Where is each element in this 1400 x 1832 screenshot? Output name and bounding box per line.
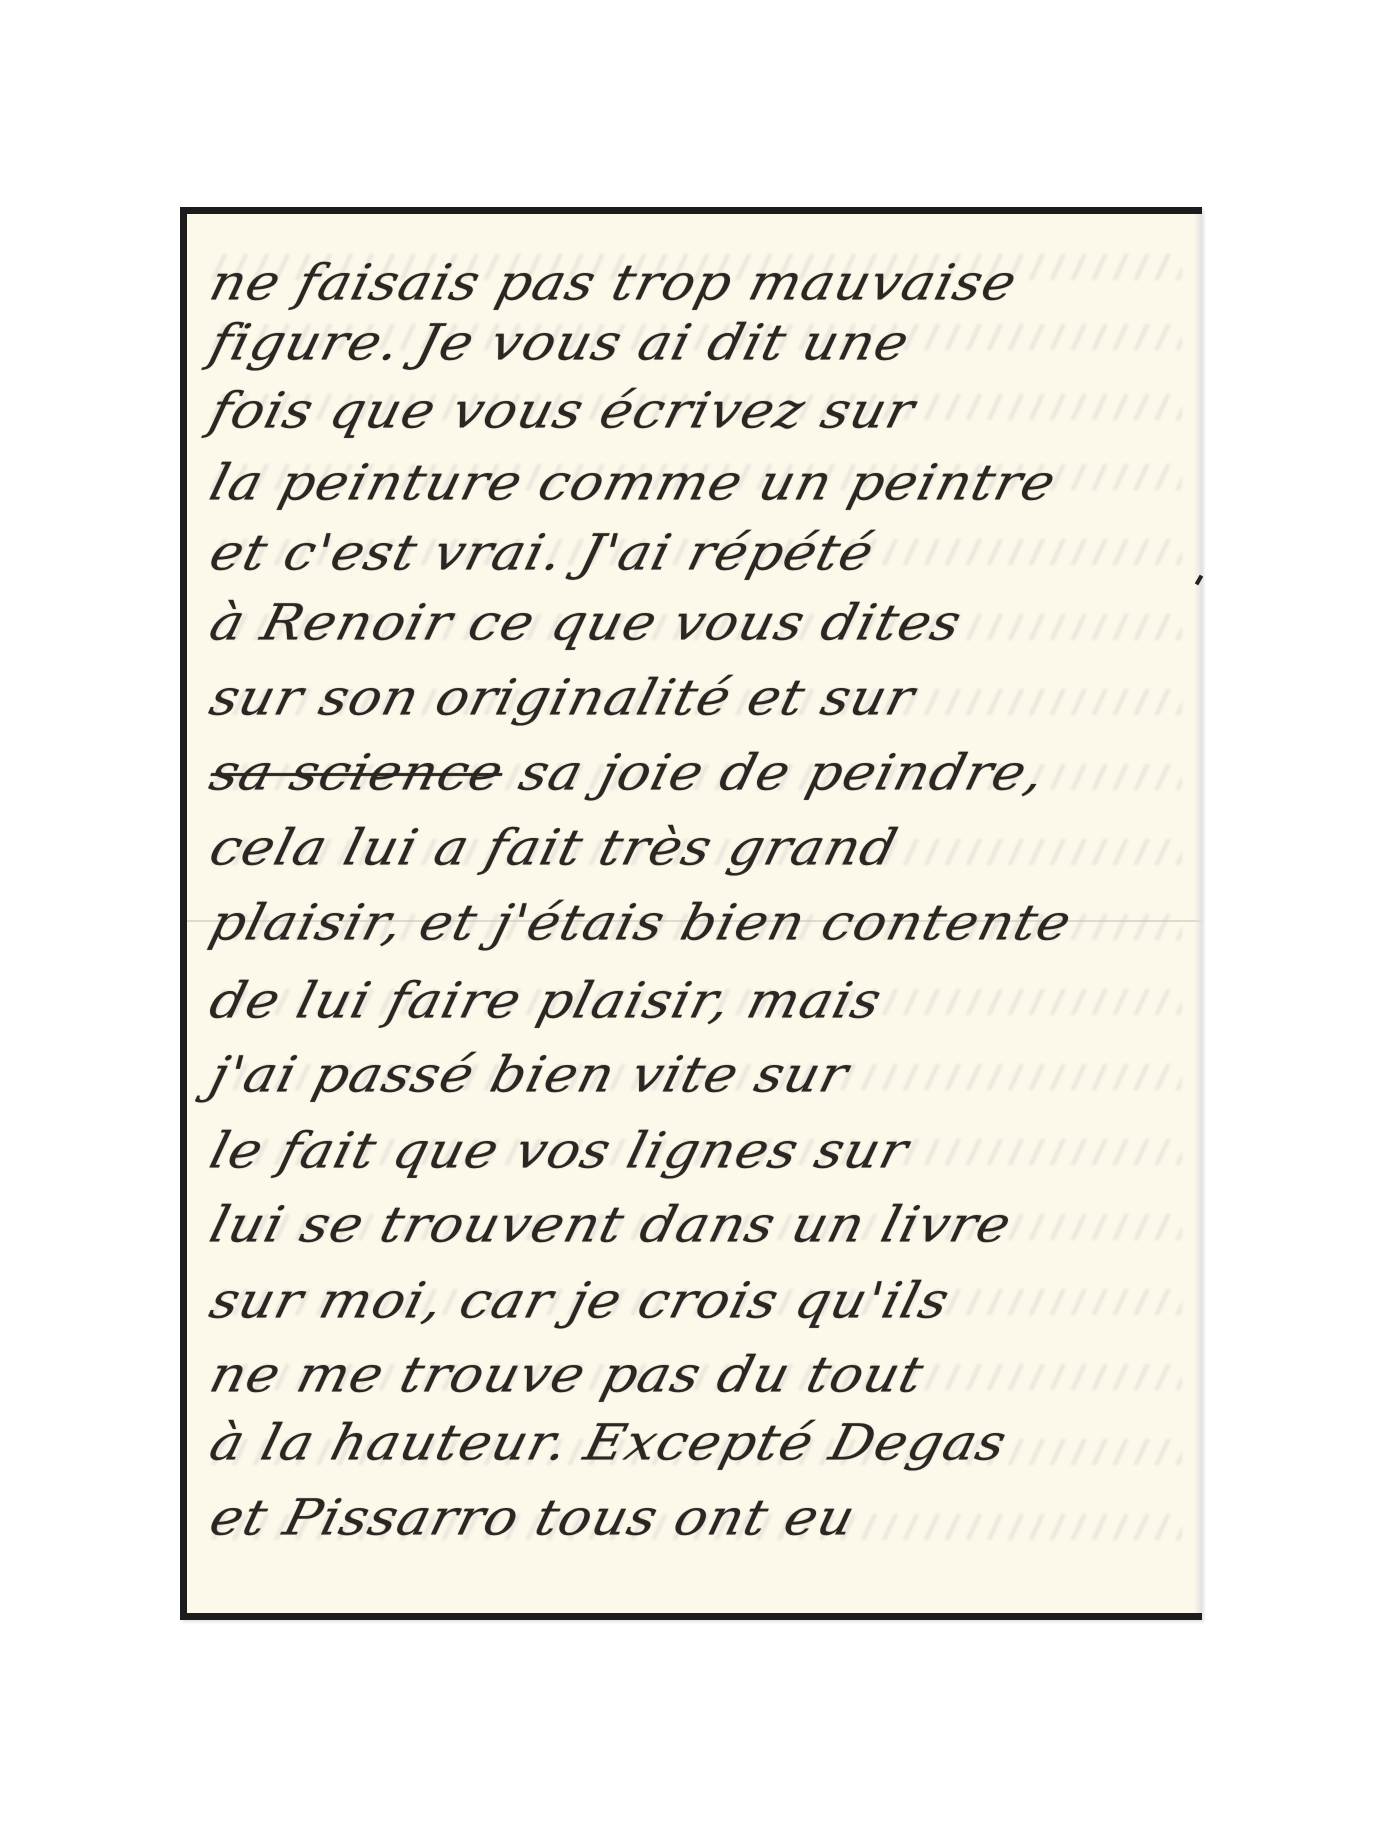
struck-out-text: sa science xyxy=(204,744,510,802)
letter-page: ne faisais pas trop mauvaise figure. Je … xyxy=(180,207,1202,1620)
handwritten-line: et Pissarro tous ont eu xyxy=(205,1493,1200,1543)
handwritten-line: le fait que vos lignes sur xyxy=(205,1126,1200,1176)
handwritten-line: la peinture comme un peintre xyxy=(205,458,1200,508)
handwritten-line: et c'est vrai. J'ai répété xyxy=(205,528,1200,578)
handwritten-line: ne me trouve pas du tout xyxy=(205,1350,1200,1400)
handwritten-line: plaisir, et j'étais bien contente xyxy=(205,898,1200,948)
handwritten-line: à la hauteur. Excepté Degas xyxy=(205,1418,1200,1468)
handwritten-line-text: sa joie de peindre, xyxy=(495,744,1051,802)
handwritten-line: à Renoir ce que vous dites xyxy=(205,598,1200,648)
handwritten-line: j'ai passé bien vite sur xyxy=(205,1050,1200,1100)
handwritten-line: sur son originalité et sur xyxy=(205,673,1200,723)
handwritten-line: figure. Je vous ai dit une xyxy=(205,318,1200,368)
handwritten-line: de lui faire plaisir, mais xyxy=(205,976,1200,1026)
handwritten-line: cela lui a fait très grand xyxy=(205,823,1200,873)
handwritten-line: sur moi, car je crois qu'ils xyxy=(205,1276,1200,1326)
handwritten-line: lui se trouvent dans un livre xyxy=(205,1200,1200,1250)
handwritten-line: fois que vous écrivez sur xyxy=(205,386,1200,436)
handwritten-line: sa science sa joie de peindre, xyxy=(205,748,1200,798)
handwritten-line: ne faisais pas trop mauvaise xyxy=(205,258,1200,308)
